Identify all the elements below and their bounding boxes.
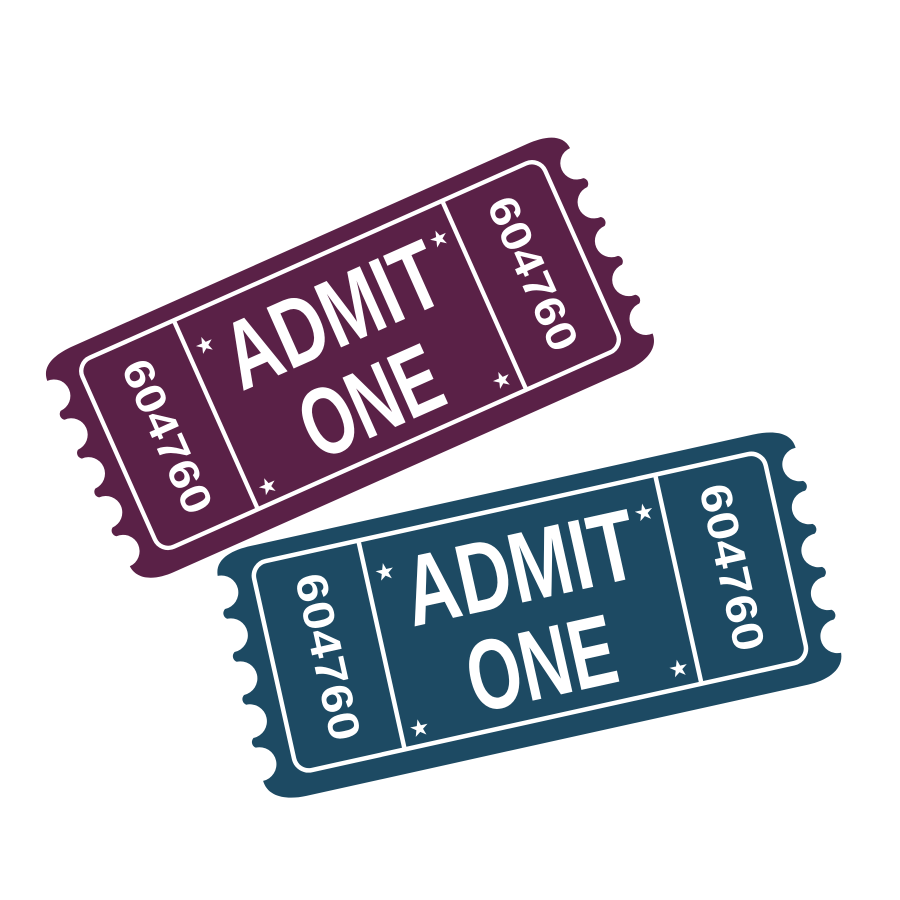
canvas: 604760 604760 ADMIT ONE ★ ★ ★ ★ 604760 6… bbox=[0, 0, 900, 900]
